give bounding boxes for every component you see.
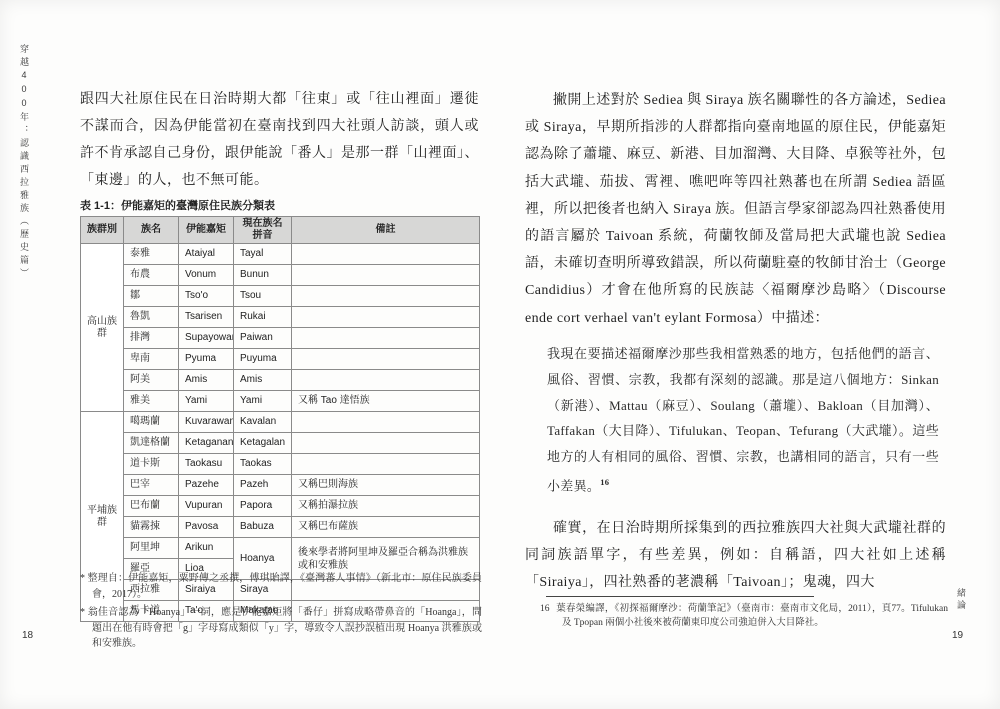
cell-name: 阿里坤 bbox=[124, 538, 179, 559]
cell-note bbox=[292, 454, 480, 475]
left-table-footnotes: * 整理自：伊能嘉矩，粟野傳之丞撰，傅琪貽譯，《臺灣蕃人事情》（新北市：原住民族… bbox=[80, 571, 482, 655]
cell-name: 阿美 bbox=[124, 370, 179, 391]
cell-ino: Vupuran bbox=[179, 496, 234, 517]
cell-name: 泰雅 bbox=[124, 244, 179, 265]
block-quote: 我現在要描述福爾摩沙那些我相當熟悉的地方，包括他們的語言、風俗、習慣、宗教，我都… bbox=[547, 341, 939, 499]
cell-name: 巴宰 bbox=[124, 475, 179, 496]
cell-name: 雅美 bbox=[124, 391, 179, 412]
table-row: 平埔族群 噶瑪蘭 Kuvarawan Kavalan bbox=[81, 412, 480, 433]
left-page-number: 18 bbox=[22, 630, 33, 641]
cell-name: 凱達格蘭 bbox=[124, 433, 179, 454]
cell-ino: Taokasu bbox=[179, 454, 234, 475]
cell-ino: Kuvarawan bbox=[179, 412, 234, 433]
table-row: 布農 Vonum Bunun bbox=[81, 265, 480, 286]
footnote-text: 葉春榮編譯，《初探福爾摩沙：荷蘭筆記》（臺南市：臺南市文化局，2011），頁77… bbox=[556, 604, 948, 628]
cell-modern: Babuza bbox=[234, 517, 292, 538]
cell-name: 排灣 bbox=[124, 328, 179, 349]
cell-ino: Tsarisen bbox=[179, 307, 234, 328]
group-cell-highland: 高山族群 bbox=[81, 244, 124, 412]
table-header-row: 族群別 族名 伊能嘉矩 現在族名拼音 備註 bbox=[81, 217, 480, 244]
cell-modern: Tayal bbox=[234, 244, 292, 265]
right-page-footnotes: 16葉春榮編譯，《初探福爾摩沙：荷蘭筆記》（臺南市：臺南市文化局，2011），頁… bbox=[540, 603, 948, 630]
book-spread: 穿越400年：認識西拉雅族（歷史篇） 18 跟四大社原住民在日治時期大都「往東」… bbox=[0, 0, 1000, 709]
cell-modern: Bunun bbox=[234, 265, 292, 286]
col-header-ino: 伊能嘉矩 bbox=[179, 217, 234, 244]
footnote-text: 翁佳音認為「Hoanya」一詞，應是伊能嘉矩將「番仔」拼寫成略帶鼻音的「Hoan… bbox=[88, 607, 482, 649]
cell-name: 貓霧捒 bbox=[124, 517, 179, 538]
cell-modern: Tsou bbox=[234, 286, 292, 307]
footnote-marker: * bbox=[80, 607, 85, 618]
chapter-marker: 緒論 bbox=[955, 588, 968, 612]
table-row: 鄒 Tso'o Tsou bbox=[81, 286, 480, 307]
cell-note bbox=[292, 265, 480, 286]
cell-name: 巴布蘭 bbox=[124, 496, 179, 517]
cell-name: 噶瑪蘭 bbox=[124, 412, 179, 433]
cell-modern: Taokas bbox=[234, 454, 292, 475]
cell-ino: Vonum bbox=[179, 265, 234, 286]
footnote-number: 16 bbox=[540, 603, 556, 617]
footnote-marker: * bbox=[80, 573, 85, 584]
cell-name: 道卡斯 bbox=[124, 454, 179, 475]
table-footnote: * 整理自：伊能嘉矩，粟野傳之丞撰，傅琪貽譯，《臺灣蕃人事情》（新北市：原住民族… bbox=[80, 571, 482, 602]
right-page-paragraph-1: 撇開上述對於 Sediea 與 Siraya 族名關聯性的各方論述，Sediea… bbox=[525, 87, 946, 332]
table-footnote: * 翁佳音認為「Hoanya」一詞，應是伊能嘉矩將「番仔」拼寫成略帶鼻音的「Ho… bbox=[80, 605, 482, 652]
table-caption: 表 1-1：伊能嘉矩的臺灣原住民族分類表 bbox=[80, 197, 275, 213]
table-row: 排灣 Supayowan Paiwan bbox=[81, 328, 480, 349]
classification-table: 族群別 族名 伊能嘉矩 現在族名拼音 備註 高山族群 泰雅 Ataiyal Ta… bbox=[80, 216, 480, 622]
table-row: 道卡斯 Taokasu Taokas bbox=[81, 454, 480, 475]
cell-note bbox=[292, 349, 480, 370]
footnote-reference: 16 bbox=[600, 477, 609, 487]
cell-note: 又稱巴則海族 bbox=[292, 475, 480, 496]
col-header-name: 族名 bbox=[124, 217, 179, 244]
footnote-divider bbox=[546, 596, 814, 597]
cell-ino: Supayowan bbox=[179, 328, 234, 349]
cell-modern: Ketagalan bbox=[234, 433, 292, 454]
cell-ino: Arikun bbox=[179, 538, 234, 559]
footnote-16: 16葉春榮編譯，《初探福爾摩沙：荷蘭筆記》（臺南市：臺南市文化局，2011），頁… bbox=[540, 603, 948, 630]
cell-note bbox=[292, 412, 480, 433]
table-row: 阿美 Amis Amis bbox=[81, 370, 480, 391]
table-row: 貓霧捒 Pavosa Babuza 又稱巴布薩族 bbox=[81, 517, 480, 538]
cell-ino: Tso'o bbox=[179, 286, 234, 307]
cell-ino: Yami bbox=[179, 391, 234, 412]
left-page-paragraph: 跟四大社原住民在日治時期大都「往東」或「往山裡面」遷徙不謀而合，因為伊能當初在臺… bbox=[80, 86, 479, 194]
cell-name: 卑南 bbox=[124, 349, 179, 370]
cell-ino: Pyuma bbox=[179, 349, 234, 370]
col-header-group: 族群別 bbox=[81, 217, 124, 244]
footnote-text: 整理自：伊能嘉矩，粟野傳之丞撰，傅琪貽譯，《臺灣蕃人事情》（新北市：原住民族委員… bbox=[88, 573, 482, 600]
cell-modern: Rukai bbox=[234, 307, 292, 328]
cell-note bbox=[292, 328, 480, 349]
cell-note: 又稱 Tao 達悟族 bbox=[292, 391, 480, 412]
col-header-modern: 現在族名拼音 bbox=[234, 217, 292, 244]
col-header-note: 備註 bbox=[292, 217, 480, 244]
cell-note: 又稱巴布薩族 bbox=[292, 517, 480, 538]
cell-ino: Amis bbox=[179, 370, 234, 391]
table-row: 阿里坤 Arikun Hoanya 後來學者將阿里坤及羅亞合稱為洪雅族或和安雅族 bbox=[81, 538, 480, 559]
spine-title: 穿越400年：認識西拉雅族（歷史篇） bbox=[18, 44, 31, 281]
table-row: 巴宰 Pazehe Pazeh 又稱巴則海族 bbox=[81, 475, 480, 496]
cell-note bbox=[292, 433, 480, 454]
table-row: 凱達格蘭 Ketaganan Ketagalan bbox=[81, 433, 480, 454]
cell-modern: Papora bbox=[234, 496, 292, 517]
cell-ino: Pavosa bbox=[179, 517, 234, 538]
cell-note bbox=[292, 370, 480, 391]
table-row: 巴布蘭 Vupuran Papora 又稱拍瀑拉族 bbox=[81, 496, 480, 517]
table-row: 高山族群 泰雅 Ataiyal Tayal bbox=[81, 244, 480, 265]
table-row: 魯凱 Tsarisen Rukai bbox=[81, 307, 480, 328]
quote-text: 我現在要描述福爾摩沙那些我相當熟悉的地方，包括他們的語言、風俗、習慣、宗教，我都… bbox=[547, 346, 939, 493]
cell-name: 鄒 bbox=[124, 286, 179, 307]
cell-ino: Ataiyal bbox=[179, 244, 234, 265]
cell-modern: Amis bbox=[234, 370, 292, 391]
cell-note: 又稱拍瀑拉族 bbox=[292, 496, 480, 517]
table-row: 雅美 Yami Yami 又稱 Tao 達悟族 bbox=[81, 391, 480, 412]
cell-ino: Pazehe bbox=[179, 475, 234, 496]
cell-note bbox=[292, 244, 480, 265]
cell-note bbox=[292, 286, 480, 307]
cell-modern: Kavalan bbox=[234, 412, 292, 433]
cell-modern: Paiwan bbox=[234, 328, 292, 349]
cell-ino: Ketaganan bbox=[179, 433, 234, 454]
cell-modern: Puyuma bbox=[234, 349, 292, 370]
right-page-number: 19 bbox=[952, 630, 963, 641]
cell-name: 魯凱 bbox=[124, 307, 179, 328]
cell-note bbox=[292, 307, 480, 328]
cell-name: 布農 bbox=[124, 265, 179, 286]
right-page-paragraph-2: 確實，在日治時期所採集到的西拉雅族四大社與大武壠社群的同詞族語單字，有些差異，例… bbox=[525, 515, 946, 597]
cell-modern: Yami bbox=[234, 391, 292, 412]
cell-modern: Pazeh bbox=[234, 475, 292, 496]
table-row: 卑南 Pyuma Puyuma bbox=[81, 349, 480, 370]
